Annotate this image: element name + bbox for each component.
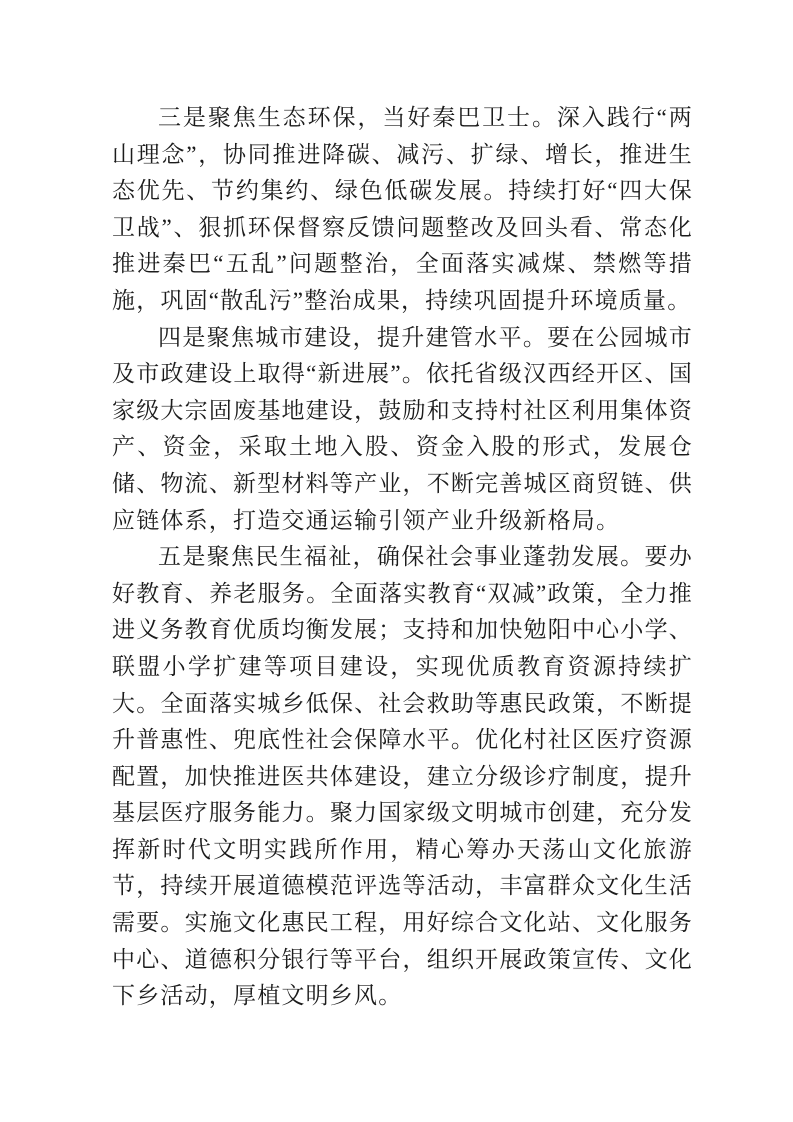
paragraph-livelihood: 五是聚焦民生福祉，确保社会事业蓬勃发展。要办好教育、养老服务。全面落实教育“双减… bbox=[112, 539, 693, 1015]
document-page: 三是聚焦生态环保，当好秦巴卫士。深入践行“两山理念”，协同推进降碳、减污、扩绿、… bbox=[0, 0, 793, 1122]
paragraph-urban-construction: 四是聚焦城市建设，提升建管水平。要在公园城市及市政建设上取得“新进展”。依托省级… bbox=[112, 320, 693, 540]
document-body: 三是聚焦生态环保，当好秦巴卫士。深入践行“两山理念”，协同推进降碳、减污、扩绿、… bbox=[112, 100, 693, 1015]
paragraph-ecology: 三是聚焦生态环保，当好秦巴卫士。深入践行“两山理念”，协同推进降碳、减污、扩绿、… bbox=[112, 100, 693, 320]
